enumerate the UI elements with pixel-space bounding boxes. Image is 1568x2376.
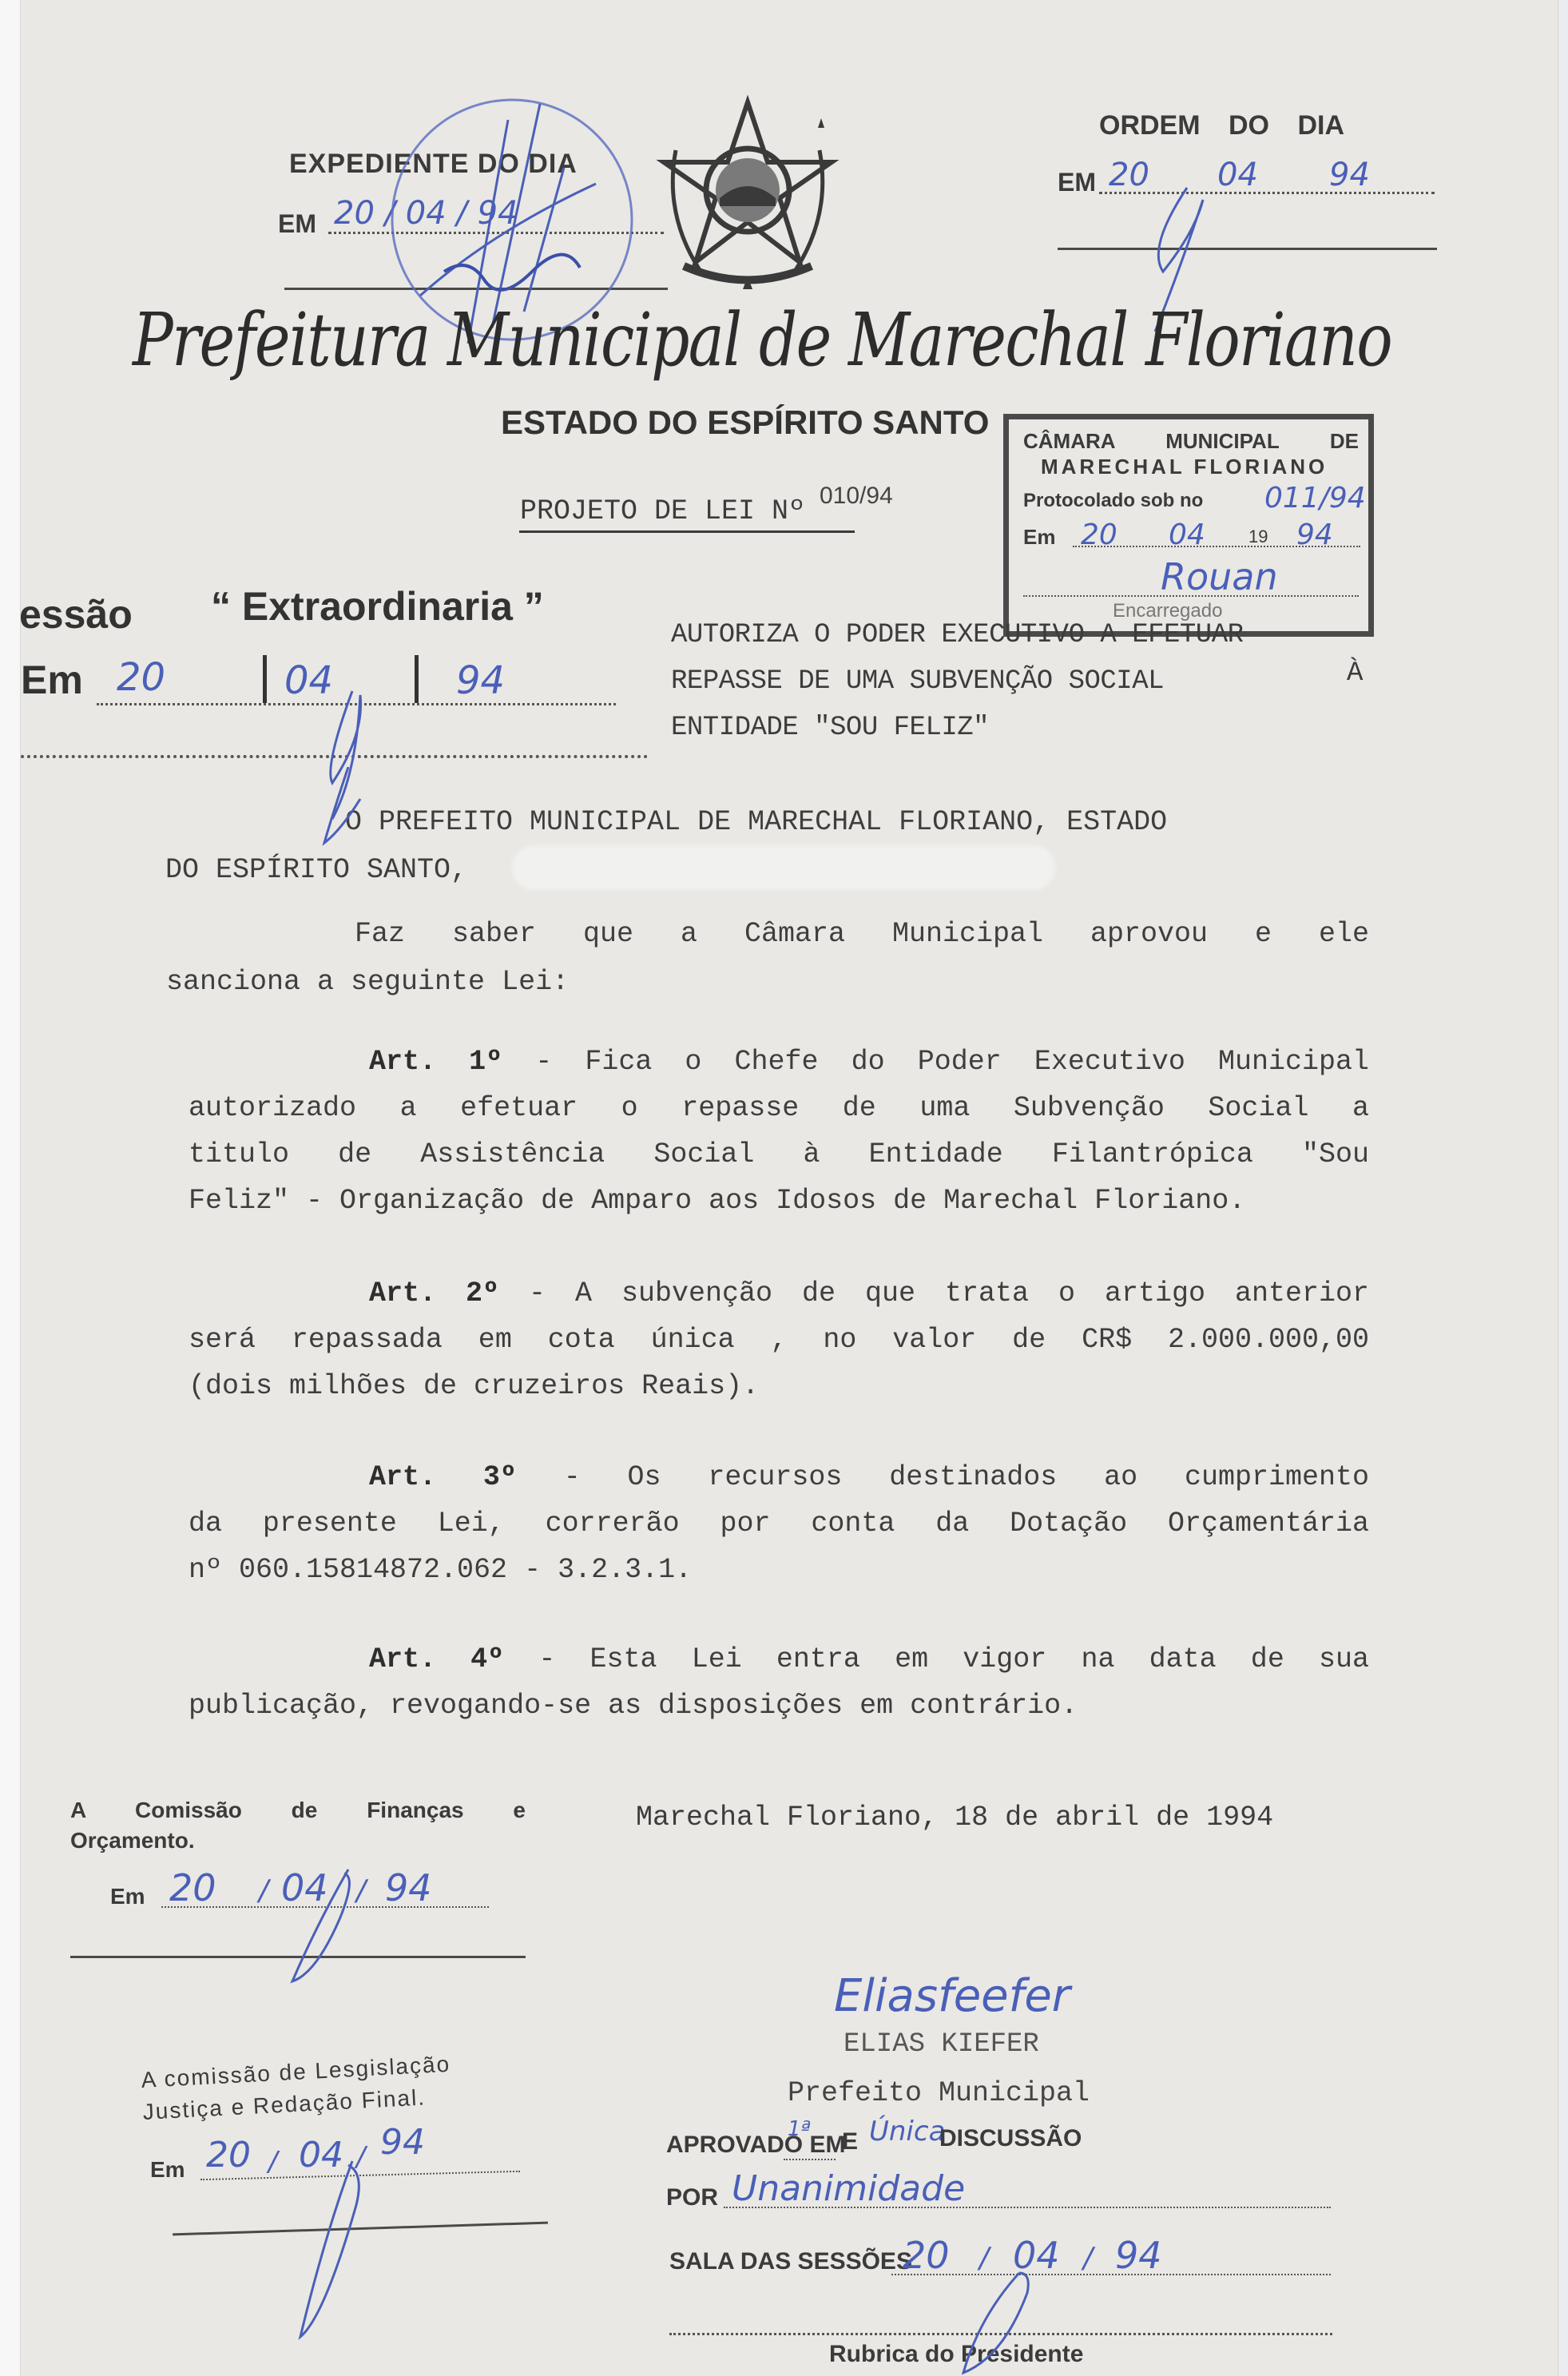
place-date: Marechal Floriano, 18 de abril de 1994 [636, 1802, 1273, 1834]
bill-number: 010/94 [820, 483, 893, 510]
session-day: 20 [117, 655, 165, 700]
stamp-line-1: CÂMARA MUNICIPAL DE [1023, 429, 1359, 454]
session-separator-1 [263, 655, 267, 703]
legislation-rubrica-icon [292, 2157, 380, 2341]
state-subtitle: ESTADO DO ESPÍRITO SANTO [501, 403, 989, 442]
stamp-day: 20 [1081, 519, 1117, 551]
ementa-trailing: À [1347, 658, 1363, 689]
mayor-signature: Eliasfeefer [834, 1970, 1070, 2022]
finance-rubrica-icon [284, 1861, 364, 1989]
stamp-month: 04 [1169, 519, 1205, 551]
ordem-year: 94 [1329, 157, 1370, 193]
article-label: Art. 1º [369, 1046, 502, 1078]
bill-underline [519, 530, 855, 533]
mayor-name: ELIAS KIEFER [844, 2029, 1039, 2060]
approval-first-line [784, 2159, 836, 2160]
article-1-line-2: autorizado a efetuar o repasse de uma Su… [189, 1085, 1369, 1131]
document-page: EXPEDIENTE DO DIA EM 20 / 04 / 94 ORDEM … [21, 0, 1558, 2376]
article-2-line-2: será repassada em cota única , no valor … [189, 1317, 1369, 1363]
ementa-line-2: REPASSE DE UMA SUBVENÇÃO SOCIAL [671, 658, 1244, 705]
intro-line-1: Faz saber que a Câmara Municipal aprovou… [355, 911, 1369, 957]
article-3-line-1: Art. 3º - Os recursos destinados ao cump… [369, 1454, 1369, 1500]
article-text: - Esta Lei entra em vigor na data de sua [538, 1643, 1369, 1675]
president-rubrica-icon [947, 2269, 1043, 2376]
stamp-signature-line [1023, 595, 1359, 597]
article-2-line-3: (dois milhões de cruzeiros Reais). [189, 1363, 1369, 1409]
article-2-line-1: Art. 2º - A subvenção de que trata o art… [369, 1270, 1369, 1317]
legislation-em-label: Em [150, 2157, 185, 2183]
session-type: “ Extraordinaria ” [211, 583, 544, 630]
article-1-line-1: Art. 1º - Fica o Chefe do Poder Executiv… [369, 1039, 1369, 1085]
stamp-protocol-number: 011/94 [1264, 482, 1366, 515]
municipality-title: Prefeitura Municipal de Marechal Florian… [133, 297, 1391, 383]
finance-committee-label-1: A Comissão de Finanças e [70, 1798, 526, 1823]
approval-year: 94 [1115, 2234, 1162, 2277]
ordem-do-dia-label: ORDEM DO DIA [1099, 110, 1344, 141]
session-em-label: Em [21, 657, 83, 703]
legislation-day: 20 [206, 2135, 251, 2175]
page-edge-left [0, 0, 21, 2376]
approval-por-label: POR [666, 2184, 718, 2211]
article-3-line-2: da presente Lei, correrão por conta da D… [189, 1500, 1369, 1547]
coat-of-arms-icon [652, 94, 844, 302]
approval-first-value: 1ª [788, 2117, 811, 2141]
article-label: Art. 2º [369, 1277, 499, 1309]
article-3-line-3: nº 060.15814872.062 - 3.2.3.1. [189, 1547, 1369, 1593]
ementa-line-1: AUTORIZA O PODER EXECUTIVO A EFETUAR [671, 612, 1244, 658]
approval-e-label: E [842, 2128, 858, 2155]
session-separator-2 [415, 655, 419, 703]
approval-sala-label: SALA DAS SESSÕES [669, 2248, 912, 2275]
finance-committee-label-2: Orçamento. [70, 1828, 195, 1854]
protocol-stamp: CÂMARA MUNICIPAL DE MARECHAL FLORIANO Pr… [1003, 414, 1374, 637]
preamble-rubrica-icon [316, 767, 372, 847]
article-4-line-1: Art. 4º - Esta Lei entra em vigor na dat… [369, 1636, 1369, 1683]
approval-second-value: Única [869, 2116, 945, 2148]
page-edge-right [1558, 0, 1568, 2376]
stamp-protocol-label: Protocolado sob no [1023, 490, 1203, 512]
stamp-signature: Rouan [1161, 555, 1278, 598]
finance-em-label: Em [110, 1884, 145, 1909]
legislation-sep-1: / [268, 2146, 277, 2178]
approval-aprovado-label: APROVADO EM [666, 2132, 845, 2159]
finance-sep-1: / [259, 1874, 268, 1907]
article-text: - Os recursos destinados ao cumprimento [564, 1461, 1369, 1493]
bill-label: PROJETO DE LEI Nº [520, 495, 805, 527]
finance-year: 94 [385, 1866, 432, 1909]
article-label: Art. 4º [369, 1643, 504, 1675]
approval-por-value: Unanimidade [732, 2168, 965, 2209]
article-text: - A subvenção de que trata o artigo ante… [529, 1277, 1369, 1309]
expediente-em-label: EM [278, 209, 316, 239]
preamble-line-1: O PREFEITO MUNICIPAL DE MARECHAL FLORIAN… [345, 799, 1369, 845]
session-year: 94 [456, 658, 505, 703]
legislation-year: 94 [380, 2122, 425, 2163]
approval-discussao-label: DISCUSSÃO [939, 2125, 1082, 2152]
mayor-role: Prefeito Municipal [788, 2077, 1090, 2109]
approval-day: 20 [903, 2234, 950, 2277]
stamp-em-label: Em [1023, 525, 1055, 550]
session-label: essão [19, 591, 133, 638]
stamp-year: 94 [1296, 519, 1333, 551]
stamp-line-2: MARECHAL FLORIANO [1041, 455, 1328, 479]
ordem-em-label: EM [1058, 168, 1096, 197]
intro-line-2: sanciona a seguinte Lei: [166, 959, 1190, 1005]
ementa: AUTORIZA O PODER EXECUTIVO A EFETUAR REP… [671, 612, 1244, 751]
article-text: - Fica o Chefe do Poder Executivo Munici… [535, 1046, 1369, 1078]
article-label: Art. 3º [369, 1461, 517, 1493]
article-4-line-2: publicação, revogando-se as disposições … [189, 1683, 1369, 1729]
whiteout-correction [512, 845, 1055, 890]
ordem-signature-line [1058, 248, 1437, 250]
article-1-line-3: titulo de Assistência Social à Entidade … [189, 1131, 1369, 1178]
article-1-line-4: Feliz" - Organização de Amparo aos Idoso… [189, 1178, 1369, 1224]
stamp-year-prefix: 19 [1248, 526, 1268, 547]
approval-sep-2: / [1083, 2242, 1093, 2275]
ordem-month: 04 [1217, 157, 1258, 193]
finance-day: 20 [169, 1866, 216, 1909]
ementa-line-3: ENTIDADE "SOU FELIZ" [671, 705, 1244, 751]
